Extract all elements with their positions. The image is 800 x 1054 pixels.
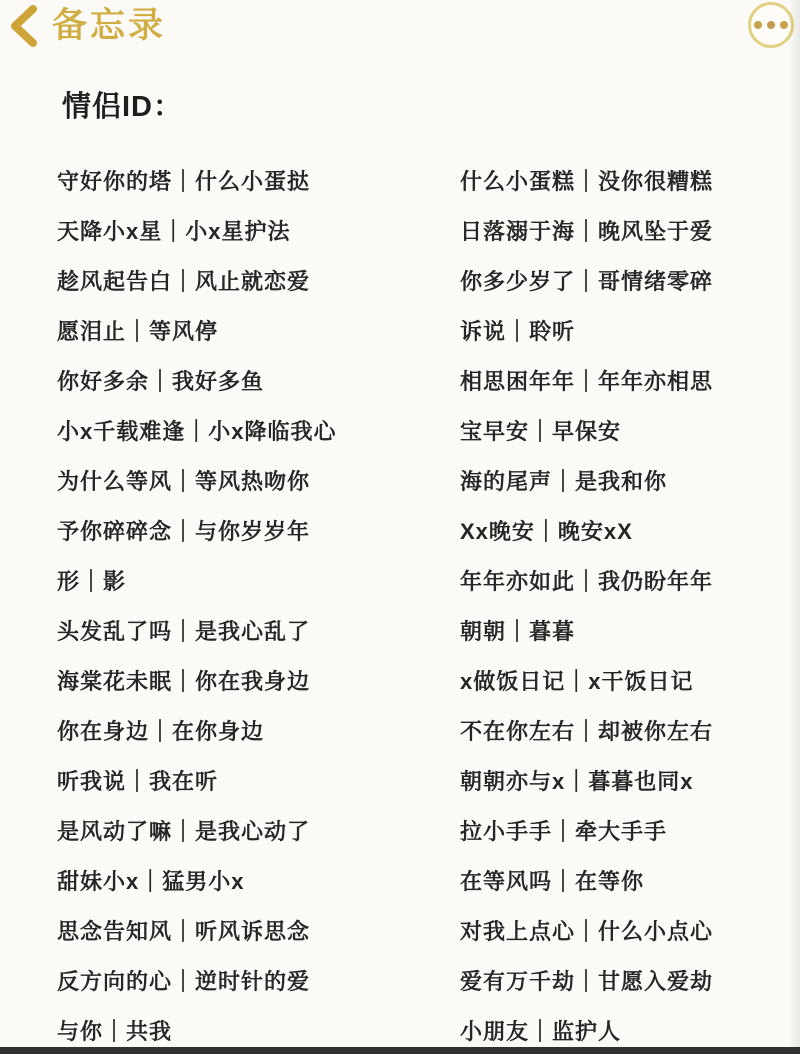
couple-id-item: 听我说｜我在听 [57, 757, 447, 807]
couple-id-item: 趁风起告白｜风止就恋爱 [57, 257, 447, 307]
couple-id-item: 予你碎碎念｜与你岁岁年 [57, 507, 447, 557]
couple-id-item: 甜妹小x｜猛男小x [57, 857, 447, 907]
note-title: 情侣ID： [62, 84, 183, 125]
couple-id-item: 拉小手手｜牵大手手 [460, 807, 795, 857]
couple-id-item: 朝朝｜暮暮 [460, 607, 795, 657]
couple-id-item: 愿泪止｜等风停 [57, 307, 447, 357]
couple-id-item: 相思困年年｜年年亦相思 [460, 357, 795, 407]
couple-id-item: Xx晚安｜晚安xX [460, 507, 795, 557]
couple-id-item: 小x千载难逢｜小x降临我心 [57, 407, 447, 457]
couple-id-item: 形｜影 [57, 557, 447, 607]
couple-id-column-left: 守好你的塔｜什么小蛋挞 天降小x星｜小x星护法 趁风起告白｜风止就恋爱 愿泪止｜… [57, 157, 447, 1054]
couple-id-item: 宝早安｜早保安 [460, 407, 795, 457]
couple-id-item: 朝朝亦与x｜暮暮也同x [460, 757, 795, 807]
couple-id-item: 是风动了嘛｜是我心动了 [57, 807, 447, 857]
couple-id-item: x做饭日记｜x干饭日记 [460, 657, 795, 707]
couple-id-item: 在等风吗｜在等你 [460, 857, 795, 907]
couple-id-item: 年年亦如此｜我仍盼年年 [460, 557, 795, 607]
memo-note-screen: 备忘录 情侣ID： 守好你的塔｜什么小蛋挞 天降小x星｜小x星护法 趁风起告白｜… [0, 0, 800, 1054]
couple-id-item: 爱有万千劫｜甘愿入爱劫 [460, 957, 795, 1007]
couple-id-item: 头发乱了吗｜是我心乱了 [57, 607, 447, 657]
couple-id-item: 思念告知风｜听风诉思念 [57, 907, 447, 957]
couple-id-item: 对我上点心｜什么小点心 [460, 907, 795, 957]
back-button[interactable]: 备忘录 [8, 4, 166, 48]
header-bar: 备忘录 [0, 0, 800, 58]
couple-id-item: 为什么等风｜等风热吻你 [57, 457, 447, 507]
back-chevron-icon [8, 5, 38, 47]
couple-id-item: 海的尾声｜是我和你 [460, 457, 795, 507]
couple-id-item: 反方向的心｜逆时针的爱 [57, 957, 447, 1007]
ellipsis-icon [754, 21, 788, 29]
couple-id-item: 日落溺于海｜晚风坠于爱 [460, 207, 795, 257]
couple-id-item: 你多少岁了｜哥情绪零碎 [460, 257, 795, 307]
couple-id-item: 你在身边｜在你身边 [57, 707, 447, 757]
couple-id-item: 天降小x星｜小x星护法 [57, 207, 447, 257]
more-options-button[interactable] [748, 2, 794, 48]
couple-id-item: 诉说｜聆听 [460, 307, 795, 357]
couple-id-item: 你好多余｜我好多鱼 [57, 357, 447, 407]
back-label: 备忘录 [52, 4, 166, 48]
couple-id-item: 海棠花未眠｜你在我身边 [57, 657, 447, 707]
couple-id-item: 不在你左右｜却被你左右 [460, 707, 795, 757]
bottom-edge-bar [0, 1047, 800, 1054]
couple-id-item: 守好你的塔｜什么小蛋挞 [57, 157, 447, 207]
couple-id-item: 什么小蛋糕｜没你很糟糕 [460, 157, 795, 207]
couple-id-column-right: 什么小蛋糕｜没你很糟糕 日落溺于海｜晚风坠于爱 你多少岁了｜哥情绪零碎 诉说｜聆… [460, 157, 795, 1054]
